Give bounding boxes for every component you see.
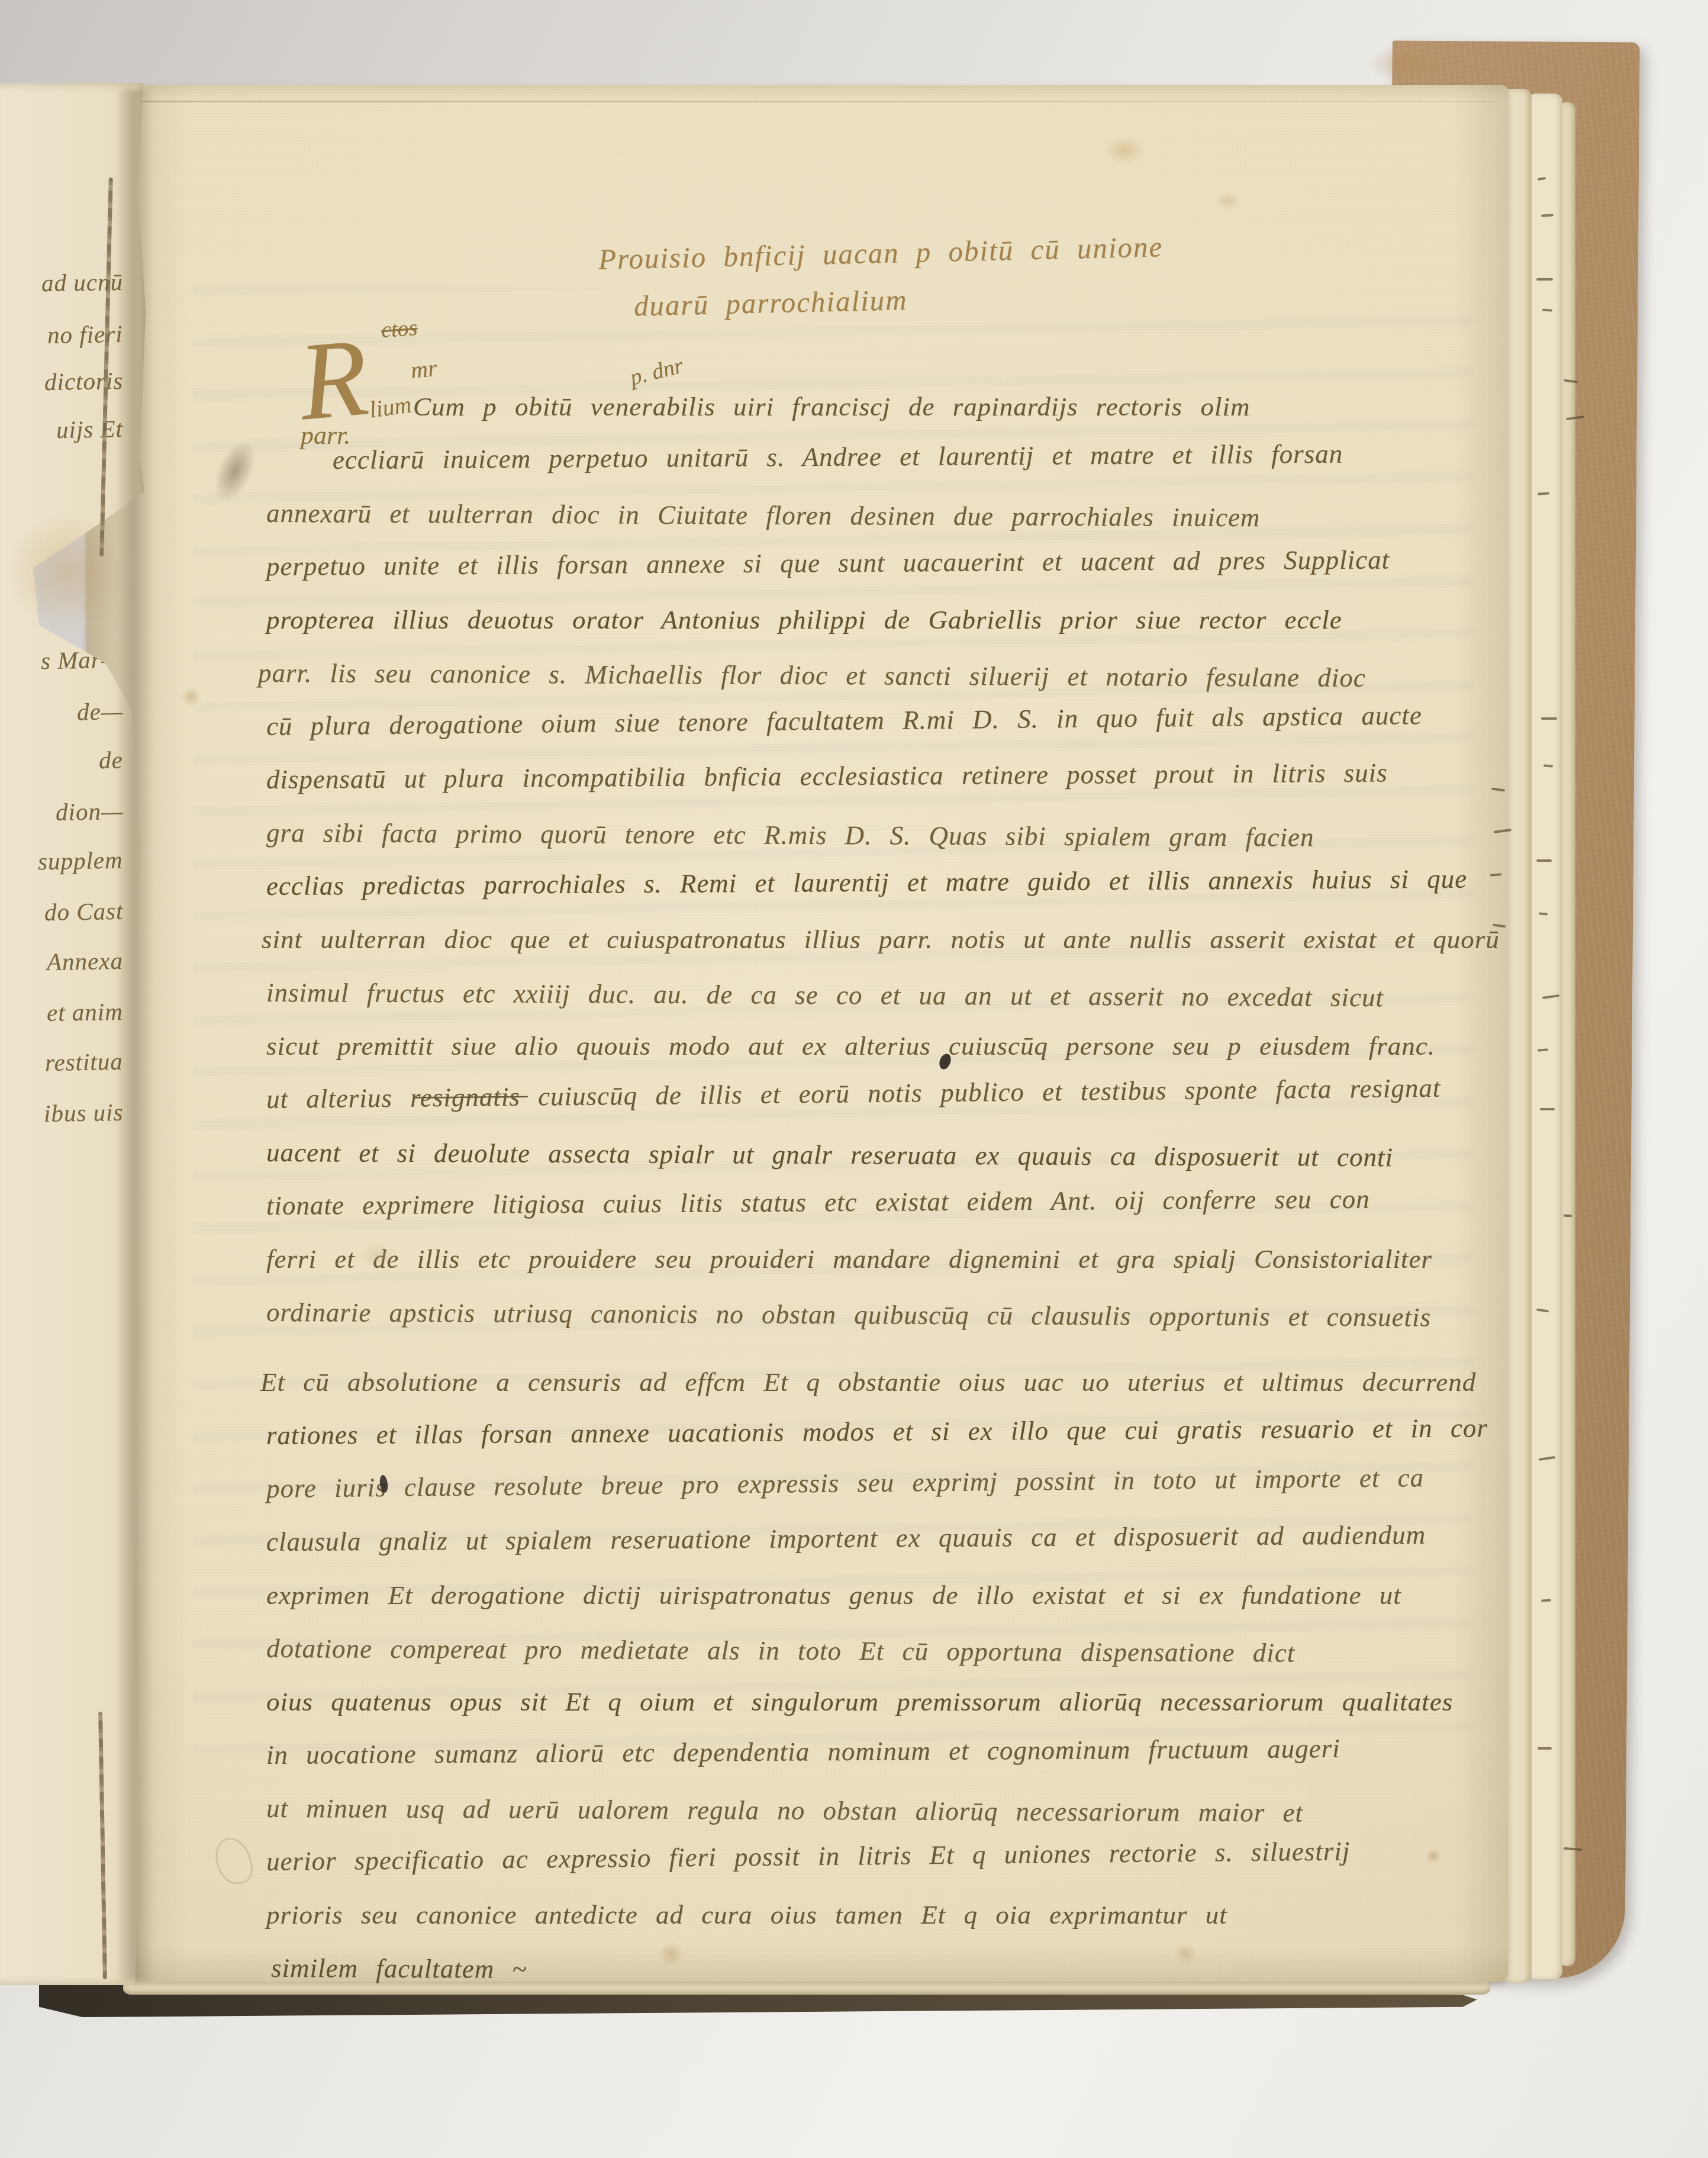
facing-page-fragment-line: et anim	[47, 997, 124, 1027]
facing-page-fragment-line: de	[99, 746, 124, 775]
facing-page-fragment-line: de—	[76, 697, 123, 726]
fore-edge-ink-mark	[1540, 1108, 1555, 1110]
manuscript-line: Cum p obitū venerabilis uiri franciscj d…	[413, 380, 1598, 433]
manuscript-line: propterea illius deuotus orator Antonius…	[266, 593, 1598, 646]
fore-edge-ink-mark	[1538, 1747, 1552, 1750]
manuscript-line: eccliarū inuicem perpetuo unitarū s. And…	[333, 426, 1599, 487]
manuscript-line: oius quatenus opus sit Et q oium et sing…	[266, 1675, 1598, 1728]
facing-page-fragment-line: restitua	[45, 1047, 124, 1077]
fore-edge-ink-mark	[1536, 859, 1552, 862]
manuscript-line: sint uulterran dioc que et cuiuspatronat…	[262, 913, 1598, 966]
torn-facing-page: ad ucnūno fieridictorisuijs Ets Mar—de—d…	[0, 83, 150, 1985]
manuscript-line: ordinarie apsticis utriusq canonicis no …	[266, 1286, 1598, 1345]
fore-edge-ink-mark	[1541, 717, 1557, 720]
facing-page-fragment-line: dion—	[55, 797, 123, 826]
manuscript-page: Prouisio bnficij uacan p obitū cū unione…	[86, 85, 1508, 1982]
manuscript-line: similem facultatem ~	[271, 1941, 1598, 2001]
scan-background: Prouisio bnficij uacan p obitū cū unione…	[0, 0, 1708, 2158]
facing-page-fragment-line: supplem	[38, 846, 123, 875]
manuscript-line: clausula gnaliz ut spialem reseruatione …	[266, 1507, 1599, 1568]
manuscript-line: perpetuo unite et illis forsan annexe si…	[266, 532, 1599, 593]
manuscript-line: insimul fructus etc xxiiij duc. au. de c…	[266, 966, 1598, 1025]
manuscript-line: exprimen Et derogatione dictij uirispatr…	[266, 1568, 1598, 1622]
text-block: Cum p obitū venerabilis uiri franciscj d…	[266, 380, 1598, 1995]
manuscript-line: dispensatū ut plura incompatibilia bnfic…	[266, 745, 1599, 806]
manuscript-line: Et cū absolutione a censuris ad effcm Et…	[260, 1355, 1598, 1409]
manuscript-line: ecclias predictas parrochiales s. Remi e…	[266, 851, 1599, 913]
page-top-edge-line	[104, 101, 1496, 102]
facing-page-fragment-line: dictoris	[44, 366, 123, 396]
facing-page-fragment-line: Annexa	[47, 946, 124, 976]
facing-page-fragment-line: no fieri	[47, 320, 123, 349]
facing-page-fragment-line: ad ucnū	[41, 268, 124, 297]
manuscript-line: ferri et de illis etc prouidere seu prou…	[266, 1232, 1598, 1286]
facing-page-fragment-line: uijs Et	[56, 414, 124, 444]
manuscript-line: in uocatione sumanz aliorū etc dependent…	[266, 1720, 1599, 1782]
heading: Prouisio bnficij uacan p obitū cū unione…	[598, 223, 1165, 331]
facing-page-fragment-line: do Cast	[44, 897, 123, 926]
manuscript-line: tionate exprimere litigiosa cuius litis …	[266, 1171, 1599, 1232]
manuscript-line: prioris seu canonice antedicte ad cura o…	[266, 1888, 1598, 1941]
manuscript-line: dotatione compereat pro medietate als in…	[266, 1622, 1598, 1681]
facing-page-fragment-line: ibus uis	[43, 1098, 123, 1128]
struck-word: ctos	[381, 315, 418, 343]
fore-edge-ink-mark	[1536, 278, 1553, 281]
